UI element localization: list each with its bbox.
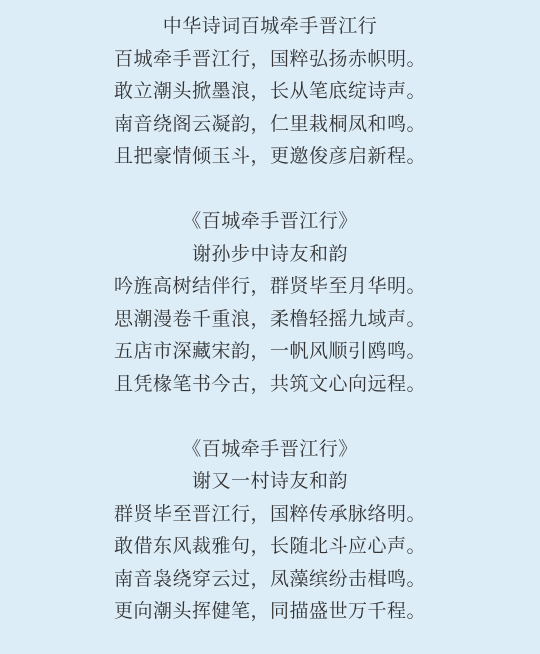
- poem-line: 且凭椽笔书今古，共筑文心向远程。: [0, 369, 540, 402]
- poem-line: 敢立潮头掀墨浪，长从笔底绽诗声。: [0, 76, 540, 109]
- poem-author: 谢又一村诗友和韵: [0, 466, 540, 499]
- poem-title: 《百城牵手晋江行》: [0, 206, 540, 239]
- poem-line: 南音袅绕穿云过，凤藻缤纷击楫鸣。: [0, 564, 540, 597]
- blank-line: [0, 174, 540, 207]
- poem-section-3: 《百城牵手晋江行》 谢又一村诗友和韵 群贤毕至晋江行，国粹传承脉络明。 敢借东风…: [0, 434, 540, 629]
- poem-line: 群贤毕至晋江行，国粹传承脉络明。: [0, 499, 540, 532]
- poem-line: 百城牵手晋江行，国粹弘扬赤帜明。: [0, 44, 540, 77]
- poem-line: 思潮漫卷千重浪，柔橹轻摇九域声。: [0, 304, 540, 337]
- poem-line: 更向潮头挥健笔，同描盛世万千程。: [0, 596, 540, 629]
- poem-title: 《百城牵手晋江行》: [0, 434, 540, 467]
- poem-author: 谢孙步中诗友和韵: [0, 239, 540, 272]
- poem-line: 南音绕阁云凝韵，仁里栽桐凤和鸣。: [0, 109, 540, 142]
- poem-section-2: 《百城牵手晋江行》 谢孙步中诗友和韵 吟旌高树结伴行，群贤毕至月华明。 思潮漫卷…: [0, 206, 540, 401]
- blank-line: [0, 401, 540, 434]
- poem-line: 五店市深藏宋韵，一帆风顺引鸥鸣。: [0, 336, 540, 369]
- poem-section-1: 中华诗词百城牵手晋江行 百城牵手晋江行，国粹弘扬赤帜明。 敢立潮头掀墨浪，长从笔…: [0, 11, 540, 174]
- document-body: 中华诗词百城牵手晋江行 百城牵手晋江行，国粹弘扬赤帜明。 敢立潮头掀墨浪，长从笔…: [0, 0, 540, 654]
- poem-line: 且把豪情倾玉斗，更邀俊彦启新程。: [0, 141, 540, 174]
- poem-title: 中华诗词百城牵手晋江行: [0, 11, 540, 44]
- poem-line: 敢借东风裁雅句，长随北斗应心声。: [0, 531, 540, 564]
- poem-line: 吟旌高树结伴行，群贤毕至月华明。: [0, 271, 540, 304]
